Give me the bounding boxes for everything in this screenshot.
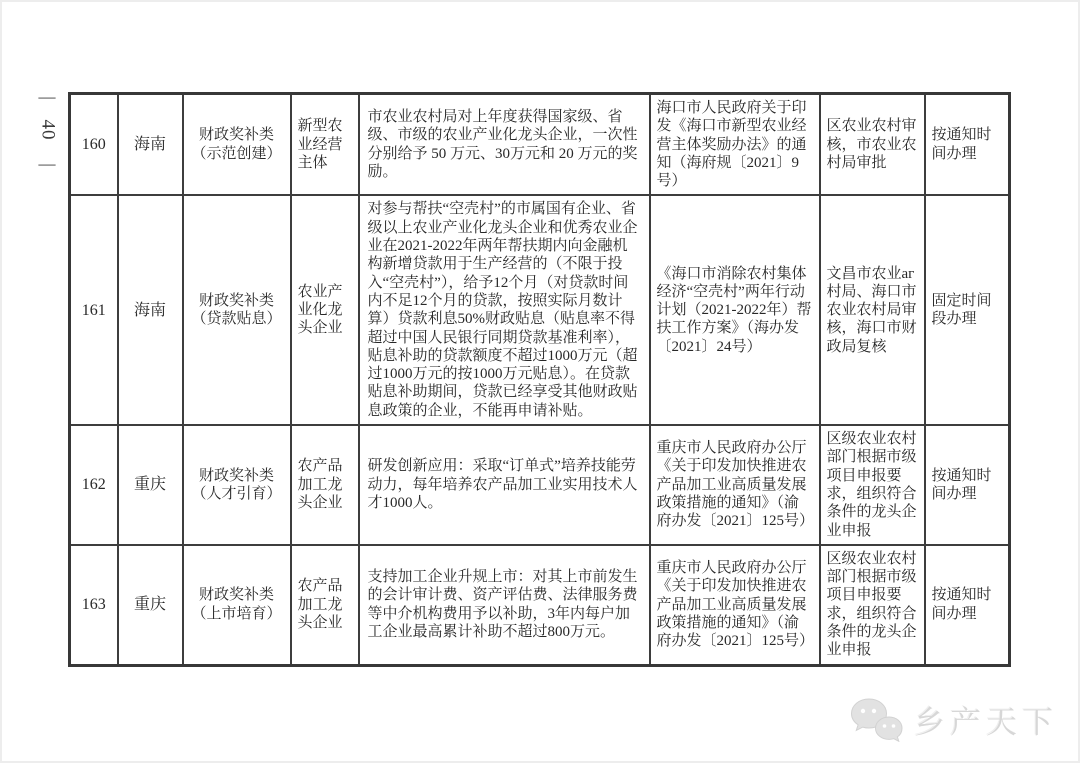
cell-category: 财政奖补类 （贷款贴息）: [183, 195, 291, 425]
page-number-dash-top: —: [39, 88, 56, 105]
cell-policy: 《海口市消除农村集体经济“空壳村”两年行动计划（2021-2022年）帮扶工作方…: [650, 195, 820, 425]
table-row: 163 重庆 财政奖补类 （上市培育） 农产品加工龙头企业 支持加工企业升规上市…: [70, 545, 1010, 665]
cell-content: 市农业农村局对上年度获得国家级、省级、市级的农业产业化龙头企业，一次性分别给予 …: [359, 94, 650, 196]
cell-index: 161: [70, 195, 118, 425]
cell-schedule: 按通知时间办理: [925, 425, 1010, 545]
cell-content: 研发创新应用：采取“订单式”培养技能劳动力，每年培养农产品加工业实用技术人才10…: [359, 425, 650, 545]
cell-policy: 重庆市人民政府办公厅《关于印发加快推进农产品加工业高质量发展政策措施的通知》（渝…: [650, 425, 820, 545]
cell-category: 财政奖补类 （示范创建）: [183, 94, 291, 196]
watermark: 乡产天下: [848, 696, 1058, 742]
cell-region: 海南: [118, 195, 183, 425]
cell-schedule: 固定时间段办理: [925, 195, 1010, 425]
cell-approval: 区级农业农村部门根据市级项目申报要求，组织符合条件的龙头企业申报: [820, 545, 925, 665]
cell-content: 支持加工企业升规上市：对其上市前发生的会计审计费、资产评估费、法律服务费等中介机…: [359, 545, 650, 665]
cell-approval: 区级农业农村部门根据市级项目申报要求，组织符合条件的龙头企业申报: [820, 425, 925, 545]
cell-region: 重庆: [118, 545, 183, 665]
cell-subject: 农产品加工龙头企业: [291, 545, 359, 665]
cell-policy: 重庆市人民政府办公厅《关于印发加快推进农产品加工业高质量发展政策措施的通知》（渝…: [650, 545, 820, 665]
wechat-chat-bubbles-icon: [848, 696, 904, 742]
document-page: { "page": { "dash": "—", "number": "40" …: [0, 0, 1080, 763]
watermark-text: 乡产天下: [914, 697, 1058, 742]
cell-schedule: 按通知时间办理: [925, 94, 1010, 196]
page-number-dash-bottom: —: [39, 155, 56, 172]
cell-index: 162: [70, 425, 118, 545]
table-row: 161 海南 财政奖补类 （贷款贴息） 农业产业化龙头企业 对参与帮扶“空壳村”…: [70, 195, 1010, 425]
table-row: 160 海南 财政奖补类 （示范创建） 新型农业经营主体 市农业农村局对上年度获…: [70, 94, 1010, 196]
cell-index: 160: [70, 94, 118, 196]
cell-region: 海南: [118, 94, 183, 196]
cell-index: 163: [70, 545, 118, 665]
cell-policy: 海口市人民政府关于印发《海口市新型农业经营主体奖励办法》的通知（海府规〔2021…: [650, 94, 820, 196]
cell-category: 财政奖补类 （人才引育）: [183, 425, 291, 545]
cell-approval: 区农业农村审核，市农业农村局审批: [820, 94, 925, 196]
cell-region: 重庆: [118, 425, 183, 545]
cell-category: 财政奖补类 （上市培育）: [183, 545, 291, 665]
cell-subject: 农产品加工龙头企业: [291, 425, 359, 545]
policy-table: 160 海南 财政奖补类 （示范创建） 新型农业经营主体 市农业农村局对上年度获…: [68, 92, 1011, 667]
table-row: 162 重庆 财政奖补类 （人才引育） 农产品加工龙头企业 研发创新应用：采取“…: [70, 425, 1010, 545]
page-number: — 40 —: [30, 88, 64, 172]
cell-content: 对参与帮扶“空壳村”的市属国有企业、省级以上农业产业化龙头企业和优秀农业企业在2…: [359, 195, 650, 425]
cell-schedule: 按通知时间办理: [925, 545, 1010, 665]
page-number-value: 40: [36, 120, 58, 141]
cell-approval: 文昌市农业аг村局、海口市农业农村局审核，海口市财政局复核: [820, 195, 925, 425]
cell-subject: 农业产业化龙头企业: [291, 195, 359, 425]
cell-subject: 新型农业经营主体: [291, 94, 359, 196]
